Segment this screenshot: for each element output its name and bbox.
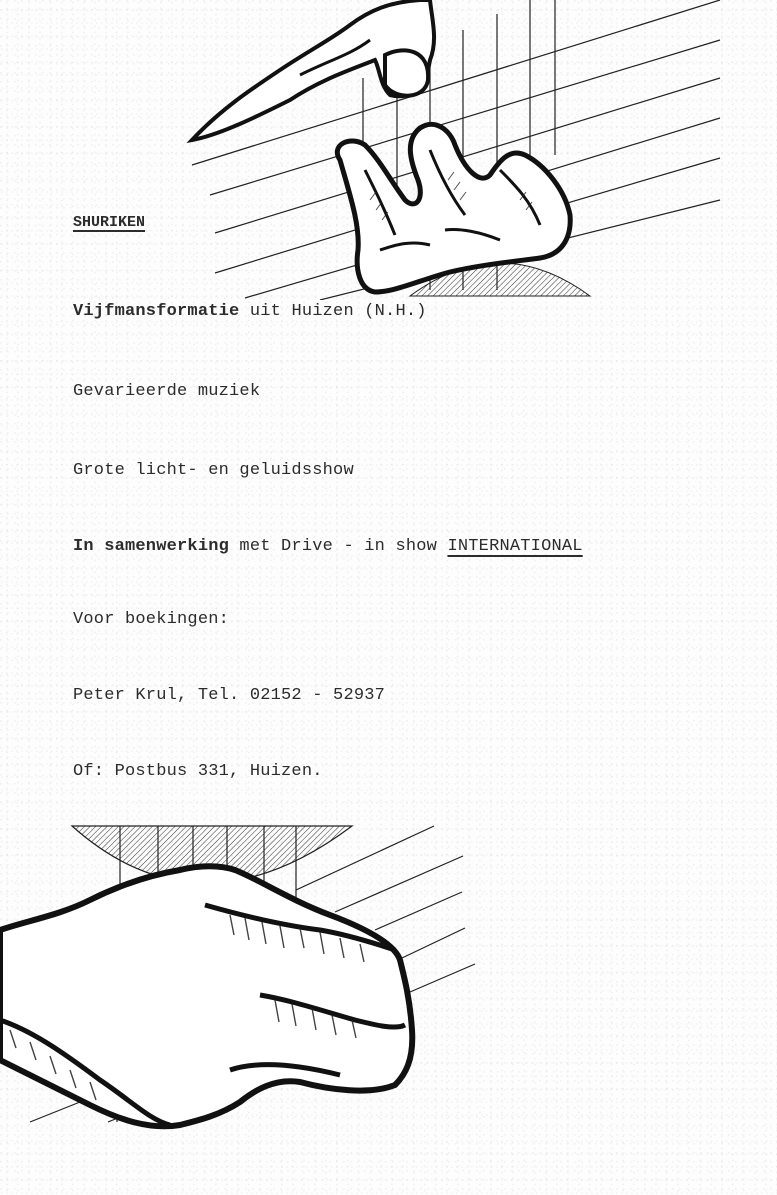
line-collaboration-middle: met Drive - in show xyxy=(229,537,447,556)
line-collaboration-lead: In samenwerking xyxy=(73,537,229,556)
hand-drawing-icon xyxy=(0,820,500,1140)
line-contact-phone: Peter Krul, Tel. 02152 - 52937 xyxy=(73,686,385,705)
line-formation: Vijfmansformatie uit Huizen (N.H.) xyxy=(73,302,427,321)
line-formation-lead: Vijfmansformatie xyxy=(73,302,239,321)
line-collaboration: In samenwerking met Drive - in show INTE… xyxy=(73,537,583,556)
band-title: SHURIKEN xyxy=(73,214,145,231)
line-formation-rest: uit Huizen (N.H.) xyxy=(239,302,426,321)
scanned-page: SHURIKEN Vijfmansformatie uit Huizen (N.… xyxy=(0,0,777,1195)
line-music: Gevarieerde muziek xyxy=(73,382,260,401)
hands-illustration-top xyxy=(180,0,740,300)
line-bookings-label: Voor boekingen: xyxy=(73,610,229,629)
hand-illustration-bottom xyxy=(0,820,500,1140)
line-show: Grote licht- en geluidsshow xyxy=(73,461,354,480)
hands-drawing-icon xyxy=(180,0,740,300)
line-postbus-address: Of: Postbus 331, Huizen. xyxy=(73,762,323,781)
international-highlight: INTERNATIONAL xyxy=(447,537,582,556)
